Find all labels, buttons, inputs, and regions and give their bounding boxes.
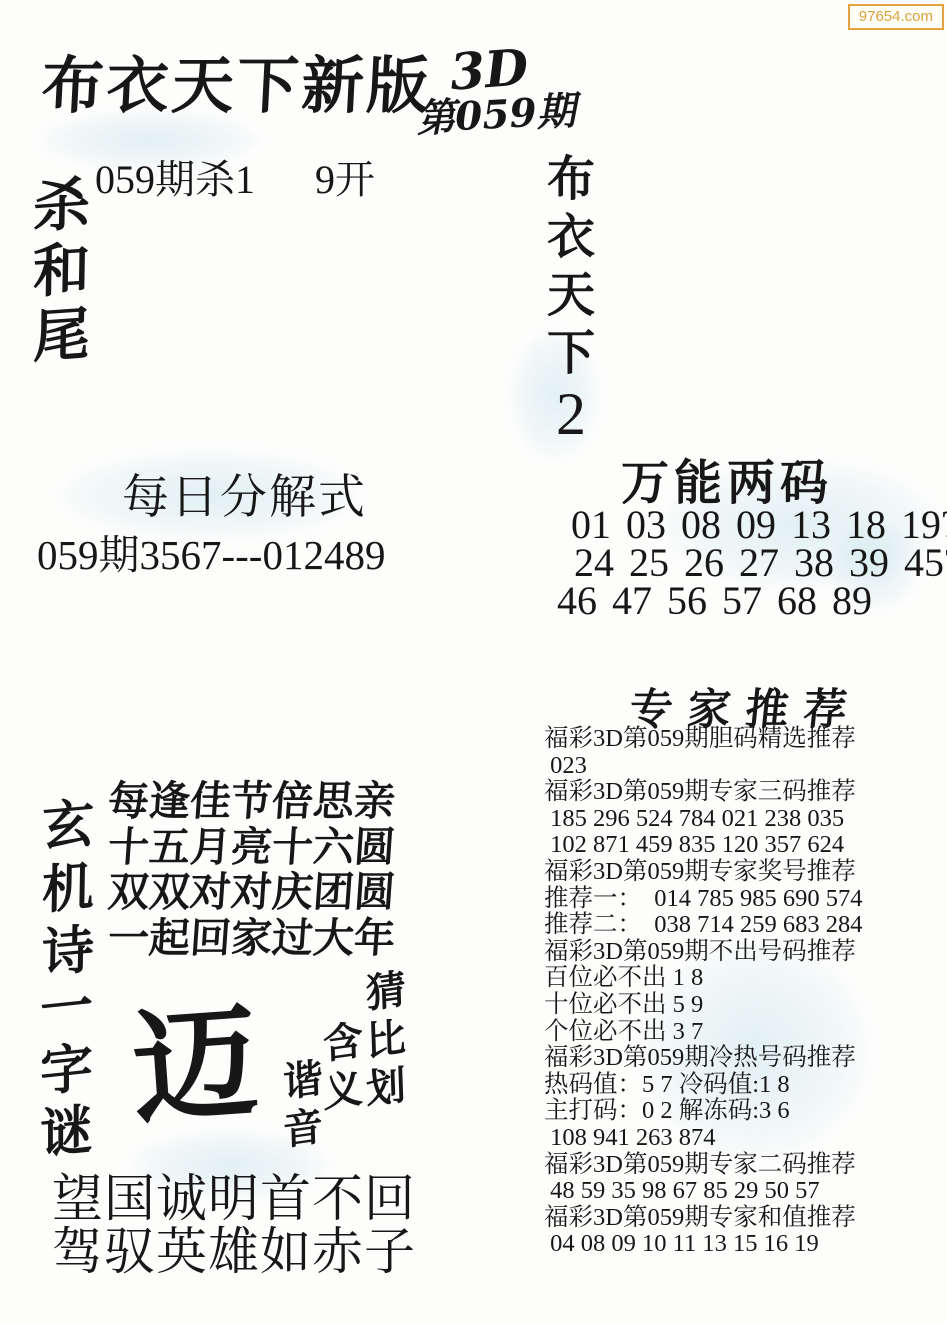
brand-char: 衣 [547, 212, 595, 262]
expert-line: 推荐二： 038 714 259 683 284 [544, 912, 946, 939]
two-code: 47 [612, 582, 652, 619]
brand-char: 布 [547, 154, 595, 204]
mystery-poem-label-char: 玄 [42, 796, 95, 857]
two-codes-row: 01 03 08 09 13 18 19? [571, 506, 947, 543]
expert-line: 推荐一： 014 785 985 690 574 [544, 886, 946, 913]
mystery-poem-label-char: 诗 [42, 922, 95, 983]
two-code: 13 [791, 506, 831, 543]
page-title: 布衣天下新版 [40, 36, 435, 125]
char-riddle-label-char: 一 [40, 977, 93, 1039]
poem-line: 双双对对庆团圆 [106, 870, 396, 916]
expert-line: 福彩3D第059期专家二码推荐 [544, 1152, 946, 1179]
two-code: 39 [849, 544, 889, 581]
couplet-line: 驾驭英雄如赤子 [52, 1227, 416, 1280]
brand-char: 天 [547, 270, 595, 320]
two-code: 56 [667, 582, 707, 619]
expert-line: 百位必不出 1 8 [544, 965, 946, 992]
expert-line: 48 59 35 98 67 85 29 50 57 [544, 1178, 946, 1205]
two-codes-grid: 01 03 08 09 13 18 19? 24 25 26 27 38 39 … [545, 506, 947, 620]
two-code: 45? [904, 544, 947, 581]
two-code: 68 [777, 582, 817, 619]
expert-line: 福彩3D第059期冷热号码推荐 [544, 1045, 946, 1072]
two-code: 25 [629, 544, 669, 581]
two-code: 89 [832, 582, 872, 619]
two-code: 08 [681, 506, 721, 543]
brand-char: 下 [547, 328, 595, 378]
char-riddle-answer: 迈 [129, 998, 262, 1136]
expert-line: 102 871 459 835 120 357 624 [544, 832, 946, 859]
two-code: 03 [626, 506, 666, 543]
char-riddle-label: 一 字 谜 [40, 980, 93, 1160]
expert-line: 福彩3D第059期不出号码推荐 [544, 939, 946, 966]
mystery-poem: 每逢佳节倍思亲 十五月亮十六圆 双双对对庆团圆 一起回家过大年 [108, 779, 395, 961]
riddle-hint-strokes: 猜 比 划 [366, 970, 406, 1109]
riddle-hint-char: 音 [282, 1104, 323, 1153]
daily-breakdown-formula: 059期3567---012489 [37, 522, 385, 581]
brand-number: 2 [556, 386, 586, 442]
two-code: 19? [901, 506, 947, 543]
riddle-hint-char: 猜 [365, 967, 406, 1016]
site-badge[interactable]: 97654.com [848, 4, 944, 30]
riddle-hint-char: 划 [365, 1063, 406, 1112]
two-code: 24 [574, 544, 614, 581]
two-code: 57 [722, 582, 762, 619]
lottery-sheet: 97654.com 布衣天下新版 3D 第059期 059期杀1 9开 杀 和 … [0, 0, 947, 1323]
two-code: 46 [557, 582, 597, 619]
expert-line: 热码值：5 7 冷码值:1 8 [544, 1072, 946, 1099]
daily-breakdown-title: 每日分解式 [122, 460, 367, 527]
expert-line: 023 [544, 753, 946, 780]
expert-recommendations: 福彩3D第059期胆码精选推荐 023 福彩3D第059期专家三码推荐 185 … [544, 726, 946, 1258]
issue-label: 第059期 [415, 80, 577, 144]
two-codes-row: 46 47 56 57 68 89 [557, 582, 947, 619]
char-riddle-label-char: 字 [40, 1039, 93, 1101]
poem-line: 十五月亮十六圆 [106, 825, 396, 871]
expert-line: 福彩3D第059期专家奖号推荐 [544, 859, 946, 886]
char-riddle-label-char: 谜 [40, 1101, 93, 1163]
riddle-hint-char: 比 [365, 1015, 406, 1064]
couplet-line: 望国诚明首不回 [52, 1174, 416, 1227]
mystery-poem-label-char: 机 [42, 859, 95, 920]
riddle-hint-char: 含 [322, 1018, 363, 1067]
kill-sum-tail-char: 和 [33, 239, 91, 303]
expert-line: 福彩3D第059期专家三码推荐 [544, 779, 946, 806]
riddle-hint-char: 谐 [282, 1056, 323, 1105]
brand-vertical: 布 衣 天 下 2 [540, 154, 602, 442]
expert-line: 福彩3D第059期专家和值推荐 [544, 1205, 946, 1232]
riddle-hint-char: 义 [322, 1066, 363, 1115]
kill-line: 059期杀1 9开 [95, 148, 375, 205]
two-code: 26 [684, 544, 724, 581]
expert-line: 十位必不出 5 9 [544, 992, 946, 1019]
two-code: 38 [794, 544, 834, 581]
two-code: 18 [846, 506, 886, 543]
two-codes-row: 24 25 26 27 38 39 45? [574, 544, 947, 581]
expert-line: 个位必不出 3 7 [544, 1019, 946, 1046]
kill-sum-tail-char: 杀 [33, 174, 91, 238]
mystery-poem-label: 玄 机 诗 [42, 798, 94, 980]
poem-line: 一起回家过大年 [106, 916, 396, 962]
expert-line: 108 941 263 874 [544, 1125, 946, 1152]
kill-sum-tail-label: 杀 和 尾 [33, 176, 90, 366]
poem-line: 每逢佳节倍思亲 [106, 779, 396, 825]
two-code: 01 [571, 506, 611, 543]
expert-line: 福彩3D第059期胆码精选推荐 [544, 726, 946, 753]
riddle-hint-homophone: 谐 音 [283, 1059, 323, 1150]
bottom-couplet: 望国诚明首不回 驾驭英雄如赤子 [52, 1174, 416, 1280]
two-code: 09 [736, 506, 776, 543]
expert-line: 185 296 524 784 021 238 035 [544, 806, 946, 833]
expert-line: 04 08 09 10 11 13 15 16 19 [544, 1231, 946, 1258]
kill-sum-tail-char: 尾 [33, 304, 91, 368]
expert-line: 主打码：0 2 解冻码:3 6 [544, 1098, 946, 1125]
two-code: 27 [739, 544, 779, 581]
riddle-hint-meaning: 含 义 [323, 1021, 363, 1112]
